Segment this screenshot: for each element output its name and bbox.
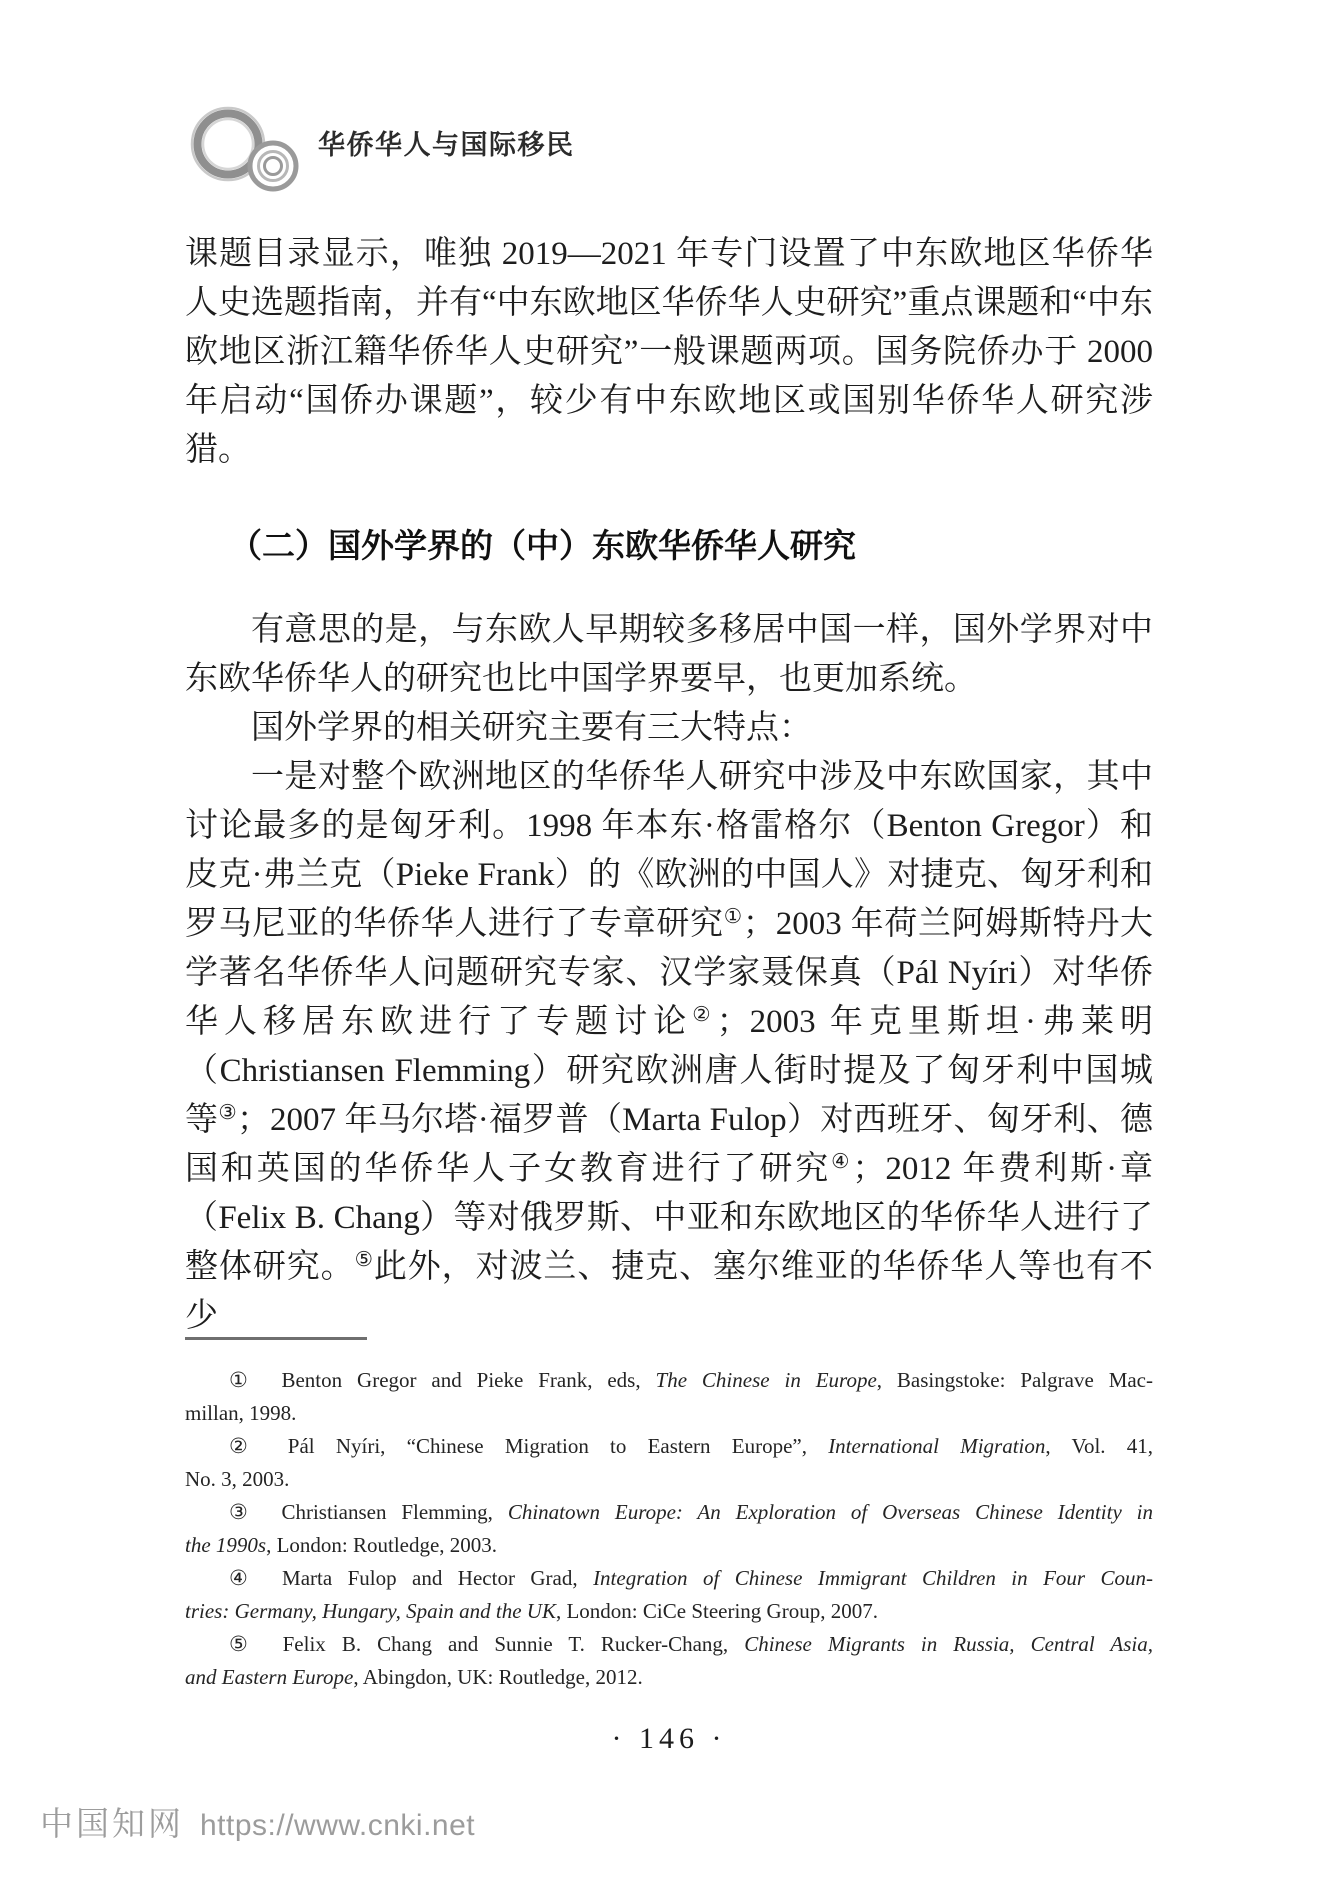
footnote-text: the 1990s bbox=[185, 1533, 266, 1557]
footnote-text: millan, 1998. bbox=[185, 1401, 296, 1425]
footnote-line: No. 3, 2003. bbox=[185, 1463, 1153, 1496]
footnote-line: and Eastern Europe, Abingdon, UK: Routle… bbox=[185, 1661, 1153, 1694]
book-page: 华侨华人与国际移民 课题目录显示，唯独 2019—2021 年专门设置了中东欧地… bbox=[0, 0, 1338, 1890]
footnote-reference: ② bbox=[692, 1004, 716, 1026]
footnotes: ①Benton Gregor and Pieke Frank, eds, The… bbox=[185, 1364, 1153, 1694]
paragraph: 一是对整个欧洲地区的华侨华人研究中涉及中东欧国家，其中讨论最多的是匈牙利。199… bbox=[185, 753, 1153, 1341]
footnote-text: , Basingstoke: Palgrave Mac- bbox=[877, 1368, 1153, 1392]
footnote-text: Integration of Chinese Immigrant Childre… bbox=[593, 1566, 1153, 1590]
rings-logo-icon bbox=[188, 104, 302, 192]
footnote-text: Benton Gregor and Pieke Frank, eds, bbox=[281, 1368, 655, 1392]
series-title: 华侨华人与国际移民 bbox=[318, 123, 575, 162]
footnote-text: Felix B. Chang and Sunnie T. Rucker-Chan… bbox=[283, 1632, 745, 1656]
footnote-marker: ① bbox=[229, 1368, 257, 1392]
footnote-marker: ⑤ bbox=[229, 1632, 259, 1656]
cnki-url: https://www.cnki.net bbox=[200, 1809, 475, 1843]
page-header: 华侨华人与国际移民 bbox=[188, 104, 575, 192]
footnote-reference: ④ bbox=[831, 1151, 852, 1173]
cnki-site-name: 中国知网 bbox=[40, 1798, 184, 1845]
paragraph-continued: 课题目录显示，唯独 2019—2021 年专门设置了中东欧地区华侨华人史选题指南… bbox=[185, 230, 1153, 475]
footnote-text: Christiansen Flemming, bbox=[281, 1500, 507, 1524]
footnote-text: Marta Fulop and Hector Grad, bbox=[282, 1566, 593, 1590]
footnote-line: ③Christiansen Flemming, Chinatown Europe… bbox=[185, 1496, 1153, 1529]
footnote-reference: ③ bbox=[218, 1102, 237, 1124]
footnote-marker: ④ bbox=[229, 1566, 258, 1590]
footnote-text: , London: CiCe Steering Group, 2007. bbox=[556, 1599, 878, 1623]
footnote-line: ①Benton Gregor and Pieke Frank, eds, The… bbox=[185, 1364, 1153, 1397]
footnote-line: ⑤Felix B. Chang and Sunnie T. Rucker-Cha… bbox=[185, 1628, 1153, 1661]
footnote-line: millan, 1998. bbox=[185, 1397, 1153, 1430]
footnote-marker: ② bbox=[229, 1434, 264, 1458]
watermark: 中国知网 https://www.cnki.net bbox=[40, 1798, 475, 1845]
page-number: · 146 · bbox=[0, 1722, 1338, 1756]
footnote-text: , Abingdon, UK: Routledge, 2012. bbox=[353, 1665, 642, 1689]
footnote-text: Chinatown Europe: An Exploration of Over… bbox=[508, 1500, 1153, 1524]
footnote-line: tries: Germany, Hungary, Spain and the U… bbox=[185, 1595, 1153, 1628]
footnote-divider bbox=[185, 1337, 367, 1340]
footnote-text: The Chinese in Europe bbox=[656, 1368, 877, 1392]
footnote-text: Pál Nyíri, “Chinese Migration to Eastern… bbox=[288, 1434, 828, 1458]
footnote-text: Chinese Migrants in Russia, Central Asia… bbox=[744, 1632, 1153, 1656]
page-body: 课题目录显示，唯独 2019—2021 年专门设置了中东欧地区华侨华人史选题指南… bbox=[185, 230, 1153, 1341]
footnote-text: , London: Routledge, 2003. bbox=[266, 1533, 497, 1557]
footnote-text: tries: Germany, Hungary, Spain and the U… bbox=[185, 1599, 556, 1623]
footnote-text: , Vol. 41, bbox=[1045, 1434, 1153, 1458]
footnote-text: No. 3, 2003. bbox=[185, 1467, 289, 1491]
footnote-line: ②Pál Nyíri, “Chinese Migration to Easter… bbox=[185, 1430, 1153, 1463]
footnote-reference: ① bbox=[724, 906, 743, 928]
footnote-marker: ③ bbox=[229, 1500, 257, 1524]
footnote-line: the 1990s, London: Routledge, 2003. bbox=[185, 1529, 1153, 1562]
section-heading: （二）国外学界的（中）东欧华侨华人研究 bbox=[185, 521, 1153, 570]
paragraph: 有意思的是，与东欧人早期较多移居中国一样，国外学界对中东欧华侨华人的研究也比中国… bbox=[185, 606, 1153, 704]
footnote-text: International Migration bbox=[828, 1434, 1045, 1458]
paragraph: 国外学界的相关研究主要有三大特点： bbox=[185, 704, 1153, 753]
footnote-reference: ⑤ bbox=[355, 1249, 374, 1271]
footnote-line: ④Marta Fulop and Hector Grad, Integratio… bbox=[185, 1562, 1153, 1595]
footnote-text: and Eastern Europe bbox=[185, 1665, 353, 1689]
